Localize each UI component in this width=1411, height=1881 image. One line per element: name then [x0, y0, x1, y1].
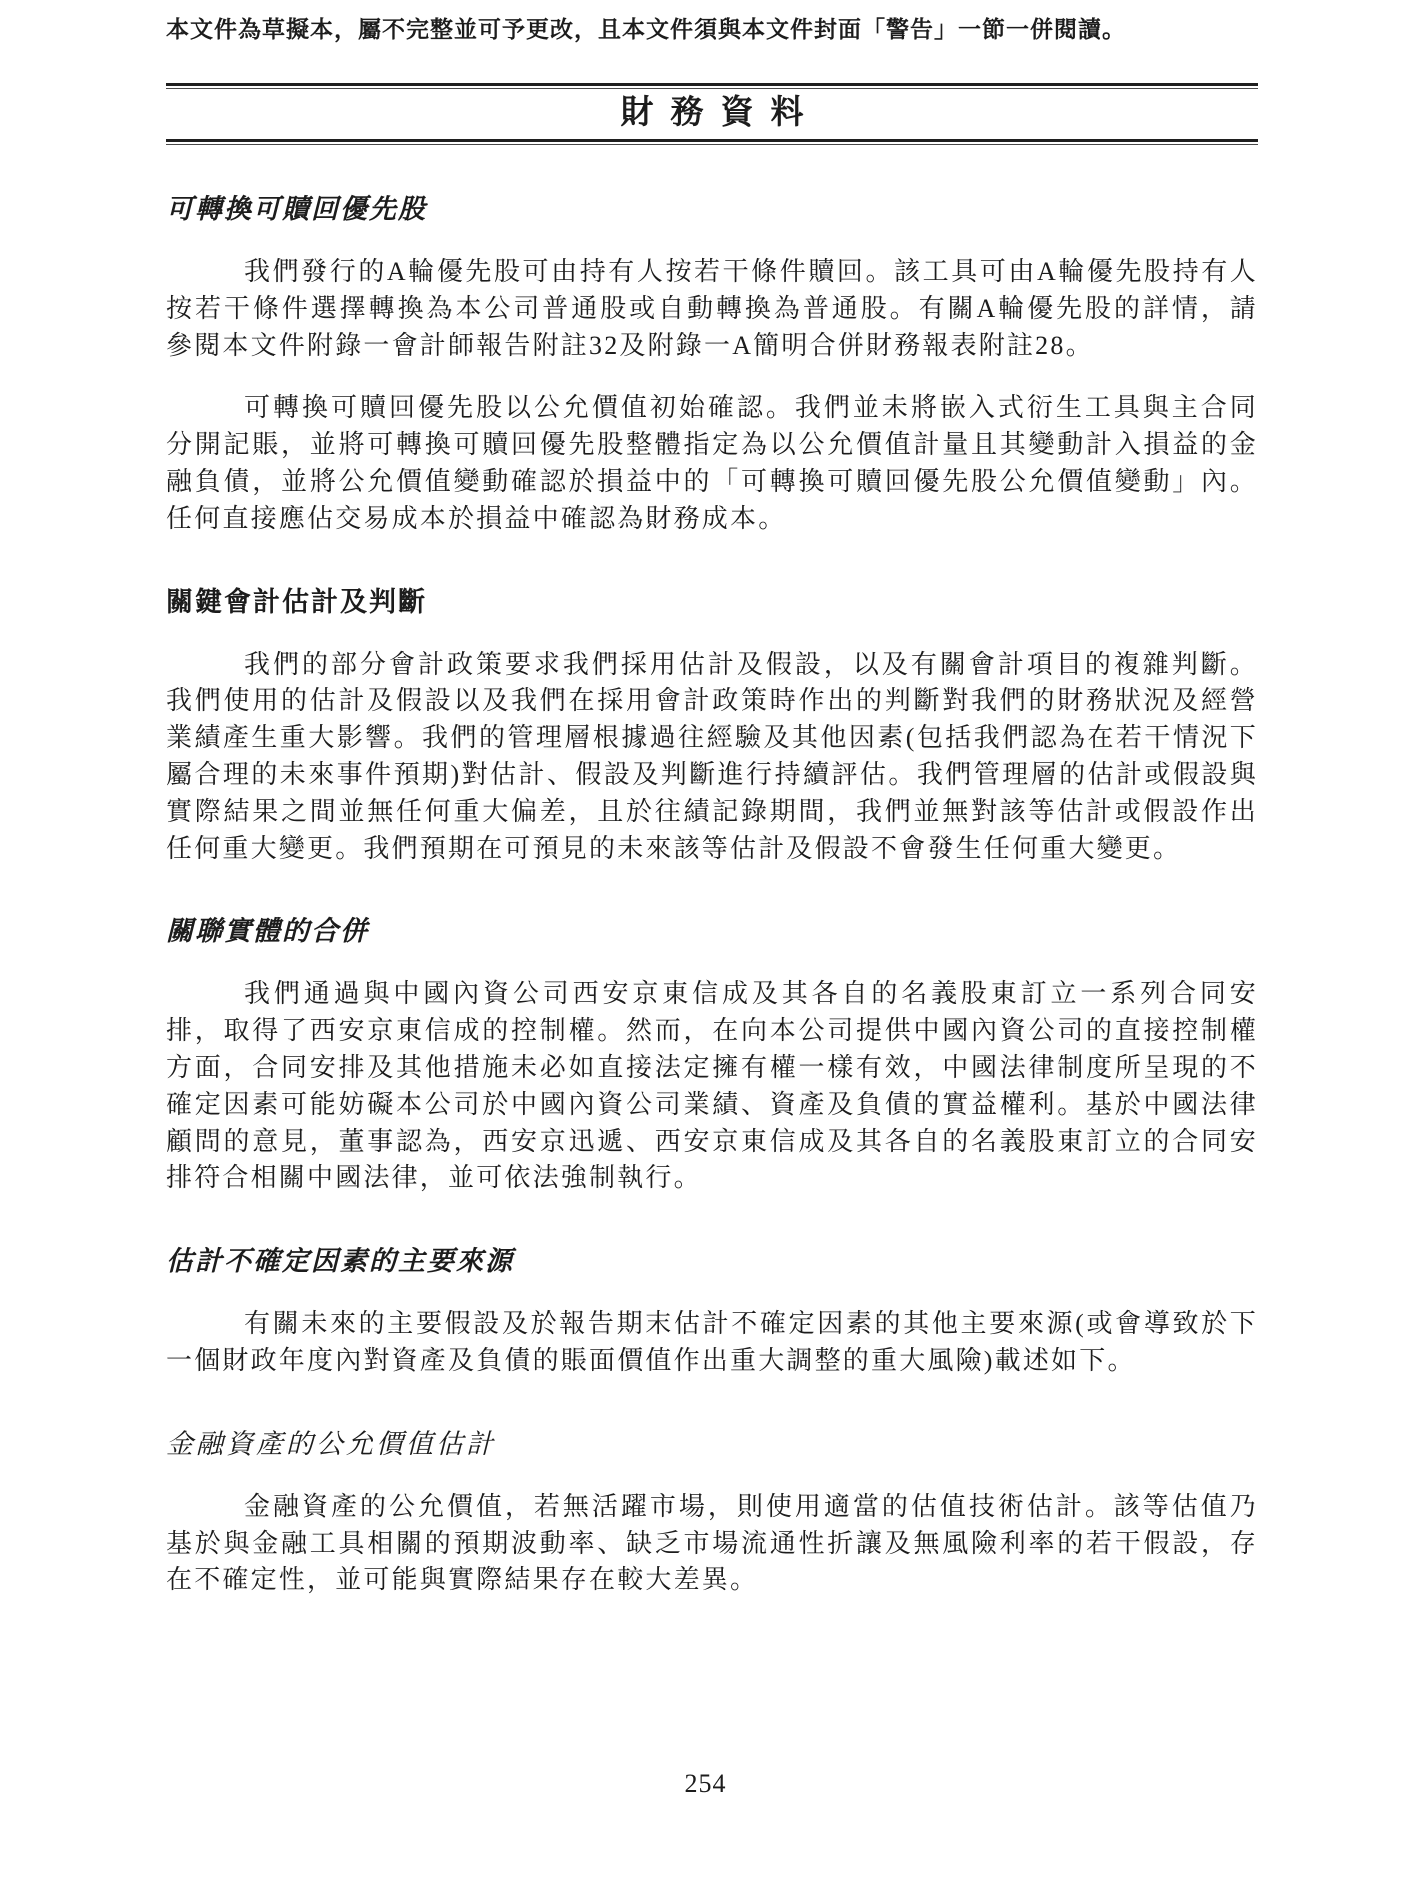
title-rule-bottom — [166, 139, 1258, 145]
paragraph-preferred-shares-1: 我們發行的A輪優先股可由持有人按若干條件贖回。該工具可由A輪優先股持有人按若干條… — [166, 254, 1258, 364]
heading-convertible-redeemable-preferred-shares: 可轉換可贖回優先股 — [166, 191, 1258, 228]
heading-key-accounting-estimates: 關鍵會計估計及判斷 — [166, 584, 1258, 621]
paragraph-consolidation: 我們通過與中國內資公司西安京東信成及其各自的名義股東訂立一系列合同安排，取得了西… — [166, 976, 1258, 1197]
page-title: 財務資料 — [166, 89, 1258, 139]
paragraph-preferred-shares-2: 可轉換可贖回優先股以公允價值初始確認。我們並未將嵌入式衍生工具與主合同分開記賬，… — [166, 390, 1258, 537]
title-block: 財務資料 — [166, 83, 1258, 145]
subheading-fair-value-estimation: 金融資產的公允價值估計 — [166, 1426, 1258, 1463]
paragraph-key-estimates: 我們的部分會計政策要求我們採用估計及假設，以及有關會計項目的複雜判斷。我們使用的… — [166, 647, 1258, 868]
draft-disclaimer: 本文件為草擬本，屬不完整並可予更改，且本文件須與本文件封面「警告」一節一併閱讀。 — [166, 15, 1258, 45]
heading-sources-of-estimation-uncertainty: 估計不確定因素的主要來源 — [166, 1243, 1258, 1280]
paragraph-fair-value-estimation: 金融資產的公允價值，若無活躍市場，則使用適當的估值技術估計。該等估值乃基於與金融… — [166, 1489, 1258, 1599]
paragraph-estimation-uncertainty: 有關未來的主要假設及於報告期末估計不確定因素的其他主要來源(或會導致於下一個財政… — [166, 1306, 1258, 1380]
heading-consolidation-of-affiliated-entities: 關聯實體的合併 — [166, 913, 1258, 950]
document-page: 本文件為草擬本，屬不完整並可予更改，且本文件須與本文件封面「警告」一節一併閱讀。… — [0, 0, 1411, 1881]
page-number: 254 — [0, 1768, 1411, 1800]
